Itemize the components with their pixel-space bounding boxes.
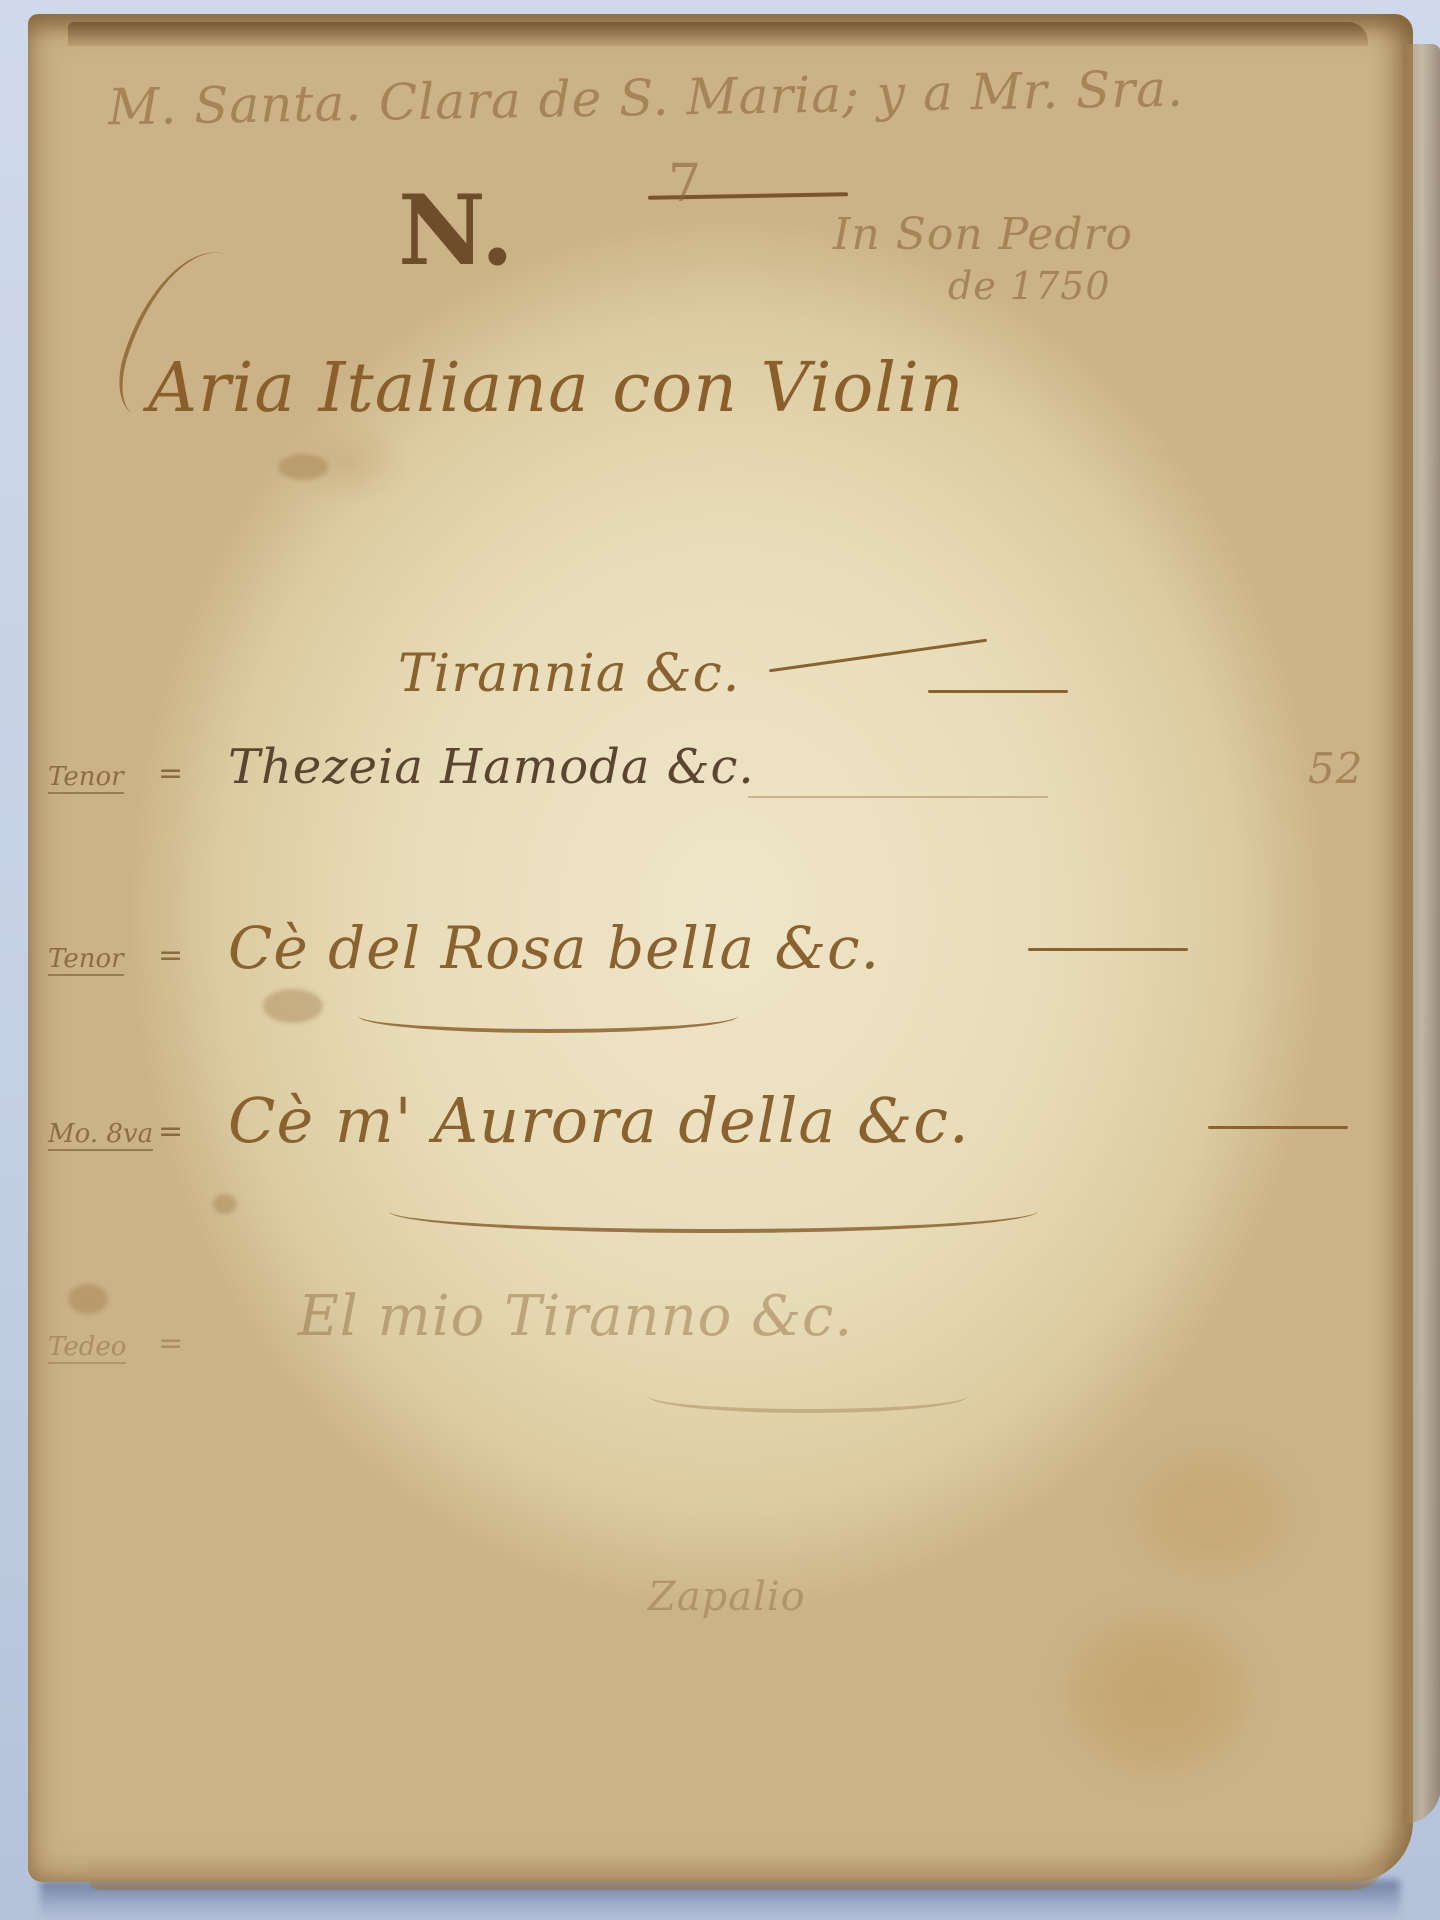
incipit-2-role: Tenor bbox=[48, 762, 124, 794]
incipit-4: Cè m' Aurora della &c. bbox=[228, 1084, 970, 1157]
number-value: 7 bbox=[668, 154, 702, 214]
worn-right-edge bbox=[1403, 44, 1440, 1824]
incipit-2-swash bbox=[748, 796, 1048, 798]
incipit-3-equals: = bbox=[158, 938, 183, 973]
incipit-2-equals: = bbox=[158, 756, 183, 791]
incipit-5-role: Tedeo bbox=[48, 1332, 126, 1364]
incipit-1-swash bbox=[769, 639, 987, 673]
incipit-1: Tirannia &c. bbox=[398, 644, 740, 704]
incipit-4-equals: = bbox=[158, 1114, 183, 1149]
year-line: de 1750 bbox=[948, 264, 1111, 308]
ink-stain bbox=[68, 1284, 108, 1314]
provenance-line: In Son Pedro bbox=[833, 209, 1133, 260]
incipit-5: El mio Tiranno &c. bbox=[298, 1284, 853, 1349]
signature: Zapalio bbox=[648, 1574, 806, 1620]
worn-top-edge bbox=[68, 22, 1368, 46]
ink-stain bbox=[213, 1194, 237, 1214]
incipit-3-underline bbox=[358, 999, 738, 1033]
document-title: Aria Italiana con Violin bbox=[148, 349, 965, 428]
incipit-5-underline bbox=[648, 1379, 968, 1413]
dedication-line: M. Santa. Clara de S. Maria; y a Mr. Sra… bbox=[108, 60, 1185, 137]
ink-stain bbox=[263, 989, 323, 1023]
incipit-3-swash bbox=[1028, 948, 1188, 951]
incipit-2-trailing-mark: 52 bbox=[1308, 744, 1363, 793]
ink-stain bbox=[278, 454, 328, 480]
incipit-2: Thezeia Hamoda &c. bbox=[228, 739, 755, 795]
incipit-4-underline bbox=[388, 1189, 1038, 1233]
incipit-5-equals: = bbox=[158, 1326, 183, 1361]
water-stain bbox=[1138, 1454, 1288, 1574]
incipit-3: Cè del Rosa bella &c. bbox=[228, 914, 880, 982]
incipit-4-role: Mo. 8va bbox=[48, 1119, 153, 1151]
number-label: N. bbox=[398, 174, 515, 287]
incipit-1-swash bbox=[928, 690, 1068, 693]
manuscript-page: M. Santa. Clara de S. Maria; y a Mr. Sra… bbox=[28, 14, 1413, 1882]
incipit-3-role: Tenor bbox=[48, 944, 124, 976]
incipit-4-swash bbox=[1208, 1126, 1348, 1129]
water-stain bbox=[1068, 1614, 1248, 1774]
worn-bottom-edge bbox=[88, 1854, 1388, 1890]
